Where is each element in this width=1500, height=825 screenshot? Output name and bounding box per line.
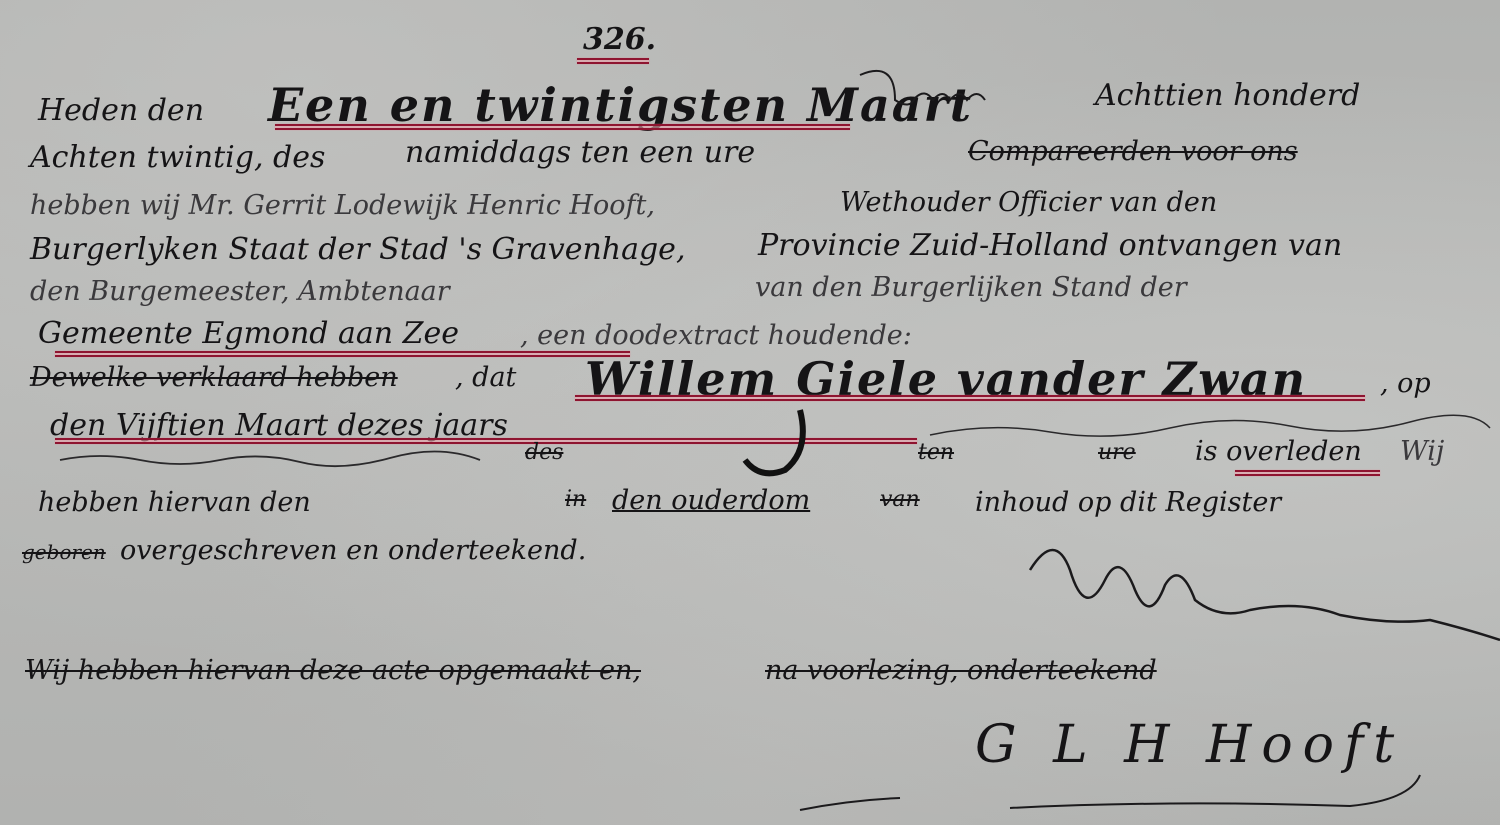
text-achttien-honderd: Achttien honderd — [1095, 78, 1360, 113]
text-compareerden-struck: Compareerden voor ons — [968, 136, 1298, 167]
closing-zigzag-flourish — [1010, 530, 1500, 640]
ink-flourish-j — [740, 405, 830, 485]
text-achten-twintig: Achten twintig, des — [30, 140, 325, 175]
text-namiddags: namiddags ten een ure — [405, 135, 755, 170]
text-provincie: Provincie Zuid-Holland ontvangen van — [758, 228, 1342, 263]
text-overgeschreven: overgeschreven en onderteekend. — [120, 535, 586, 566]
text-is-overleden: is overleden — [1195, 436, 1362, 467]
text-burgerlijken-stand: van den Burgerlijken Stand der — [755, 272, 1187, 303]
text-wethouder-officier: Wethouder Officier van den — [840, 187, 1217, 218]
text-dewelke-struck: Dewelke verklaard hebben — [30, 362, 398, 393]
text-dat: , dat — [455, 362, 516, 393]
text-burgemeester: den Burgemeester, Ambtenaar — [30, 276, 450, 307]
text-gemeente-egmond: Gemeente Egmond aan Zee — [38, 316, 459, 351]
record-number: 326. — [583, 22, 656, 57]
gemeente-underline — [55, 351, 630, 357]
record-number-underline — [577, 58, 649, 64]
deceased-name-underline — [575, 395, 1365, 401]
text-op: , op — [1380, 368, 1431, 399]
text-des-struck: des — [525, 440, 563, 465]
text-inhoud-register: inhoud op dit Register — [975, 487, 1281, 518]
text-wij: Wij — [1400, 436, 1444, 467]
text-official-name: hebben wij Mr. Gerrit Lodewijk Henric Ho… — [30, 190, 655, 221]
text-geboren-struck: geboren — [22, 540, 106, 564]
text-hebben-hiervan: hebben hiervan den — [38, 487, 311, 518]
text-in-struck: in — [565, 487, 586, 512]
signature-underline-flourish — [790, 770, 1430, 825]
text-van-struck: van — [880, 487, 920, 512]
date-underline — [275, 124, 850, 130]
text-den-ouderdom: den ouderdom — [612, 485, 810, 516]
signature: G L H Hooft — [975, 715, 1404, 775]
text-wij-hebben-struck: Wij hebben hiervan deze acte opgemaakt e… — [25, 655, 641, 686]
text-doodextract: , een doodextract houdende: — [520, 320, 912, 351]
text-heden-den: Heden den — [38, 93, 204, 128]
text-voorlezing-struck: na voorlezing, onderteekend — [765, 655, 1157, 686]
text-ure-struck: ure — [1098, 440, 1136, 465]
overleden-underline — [1235, 470, 1380, 476]
text-ten-struck: ten — [918, 440, 954, 465]
text-burgerlyken-staat: Burgerlyken Staat der Stad 's Gravenhage… — [30, 232, 685, 267]
flourish-line9a — [60, 448, 500, 478]
